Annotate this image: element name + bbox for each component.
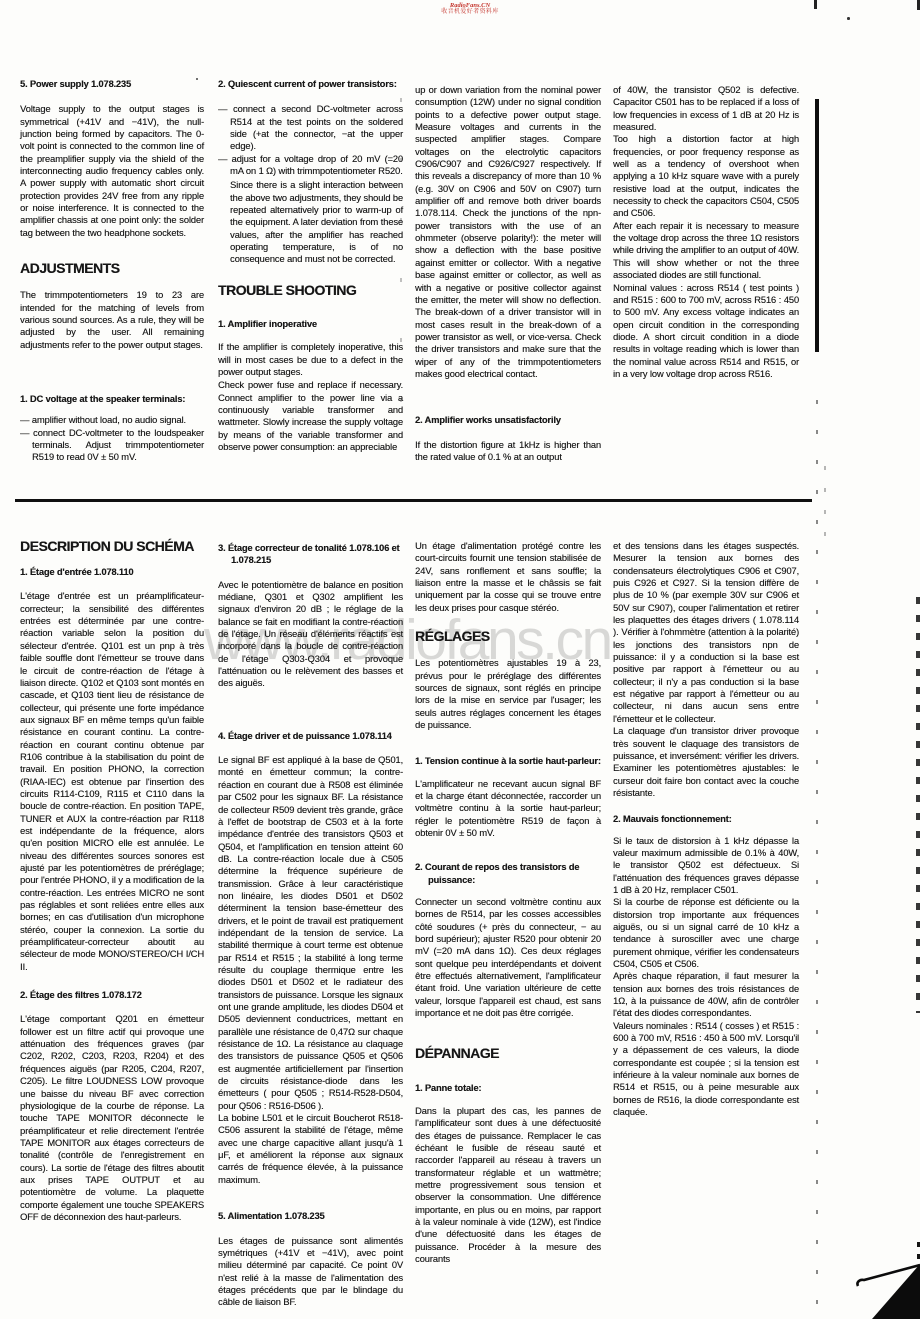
paragraph: The trimmpotentiometers 19 to 23 are int… [20, 289, 204, 351]
french-column-2: 3. Étage correcteur de tonalité 1.078.10… [218, 538, 403, 1309]
sub-heading: 1. Étage d'entrée 1.078.110 [20, 566, 204, 578]
paragraph: If the distortion figure at 1kHz is high… [415, 439, 601, 464]
sub-heading: 3. Étage correcteur de tonalité 1.078.10… [218, 542, 403, 567]
list-item: — amplifier without load, no audio signa… [20, 414, 204, 426]
scan-artifact-vertical-bar [815, 99, 819, 352]
sub-heading: 1. Tension continue à la sortie haut-par… [415, 755, 601, 767]
sub-heading: 5. Alimentation 1.078.235 [218, 1210, 403, 1222]
scan-artifact-tick [814, 0, 817, 9]
section-heading: TROUBLE SHOOTING [218, 282, 403, 298]
paragraph: If the amplifier is completely inoperati… [218, 341, 403, 378]
section-heading: RÉGLAGES [415, 628, 601, 644]
paragraph: Si la courbe de réponse est déficiente o… [613, 896, 799, 970]
paragraph: Nominal values : across R514 ( test poin… [613, 282, 799, 381]
paragraph: L'étage d'entrée est un préamplificateur… [20, 590, 204, 973]
section-heading: DESCRIPTION DU SCHÉMA [20, 538, 204, 554]
scan-artifact-faint-dashes [400, 98, 402, 443]
paragraph: After each repair it is necessary to mea… [613, 220, 799, 282]
corner-fold-triangle [848, 1258, 920, 1319]
scan-artifact-dash-column [816, 400, 818, 1305]
paragraph: Check power fuse and replace if necessar… [218, 379, 403, 453]
paragraph: Si le taux de distorsion à 1 kHz dépasse… [613, 835, 799, 897]
list-item: — connect a second DC-voltmeter across R… [218, 103, 403, 152]
paragraph: of 40W, the transistor Q502 is defective… [613, 84, 799, 133]
paragraph: Les étages de puissance sont alimentés s… [218, 1235, 403, 1309]
sub-heading: 2. Quiescent current of power transistor… [218, 78, 403, 90]
paragraph: Un étage d'alimentation protégé contre l… [415, 540, 601, 614]
paragraph: L'amplificateur ne recevant aucun signal… [415, 778, 601, 840]
scan-artifact-edge-dashes [916, 597, 920, 1013]
paragraph: Voltage supply to the output stages is s… [20, 103, 204, 239]
section-heading: DÉPANNAGE [415, 1045, 601, 1061]
sub-heading: 5. Power supply 1.078.235 [20, 78, 204, 90]
sub-heading: 1. Amplifier inoperative [218, 318, 403, 330]
scan-artifact-dot [847, 17, 850, 20]
french-column-1: DESCRIPTION DU SCHÉMA1. Étage d'entrée 1… [20, 538, 204, 1223]
sub-heading: 2. Courant de repos des transistors de p… [415, 861, 601, 886]
english-column-4: of 40W, the transistor Q502 is defective… [613, 78, 799, 380]
paragraph: Le signal BF est appliqué à la base de Q… [218, 754, 403, 1112]
paragraph: et des tensions dans les étages suspecté… [613, 540, 799, 725]
scan-artifact-faint-dashes [824, 466, 826, 550]
paragraph: Dans la plupart des cas, les pannes de l… [415, 1105, 601, 1265]
sub-heading: 1. Panne totale: [415, 1082, 601, 1094]
sub-heading: 2. Étage des filtres 1.078.172 [20, 989, 204, 1001]
paragraph: Les potentiomètres ajustables 19 à 23, p… [415, 657, 601, 731]
sub-heading: 2. Amplifier works unsatisfactorily [415, 414, 601, 426]
scan-artifact-tick [917, 0, 920, 10]
paragraph: Connecter un second voltmètre continu au… [415, 896, 601, 1019]
paragraph: Avec le potentiomètre de balance en posi… [218, 579, 403, 690]
paragraph: Too high a distortion factor at high fre… [613, 133, 799, 219]
paragraph: Valeurs nominales : R514 ( cosses ) et R… [613, 1020, 799, 1119]
french-column-3: Un étage d'alimentation protégé contre l… [415, 538, 601, 1265]
manual-page: www.radiofans.cn RadioFans.CN 收音机爱好者资料库 … [0, 0, 920, 1319]
scan-artifact-dot [196, 78, 198, 80]
list-item: — connect DC-voltmeter to the loudspeake… [20, 427, 204, 464]
english-column-2: 2. Quiescent current of power transistor… [218, 78, 403, 453]
corner-watermark-line2: 收音机爱好者资料库 [428, 9, 512, 16]
paragraph: Après chaque réparation, il faut mesurer… [613, 970, 799, 1019]
corner-watermark: RadioFans.CN 收音机爱好者资料库 [428, 2, 512, 16]
paragraph: La bobine L501 et le circuit Boucherot R… [218, 1112, 403, 1186]
sub-heading: 4. Étage driver et de puissance 1.078.11… [218, 730, 403, 742]
english-column-1: 5. Power supply 1.078.235Voltage supply … [20, 78, 204, 464]
english-column-3: up or down variation from the nominal po… [415, 78, 601, 463]
section-divider [15, 499, 812, 502]
section-heading: ADJUSTMENTS [20, 260, 204, 276]
french-column-4: et des tensions dans les étages suspecté… [613, 538, 799, 1118]
paragraph: up or down variation from the nominal po… [415, 84, 601, 380]
sub-heading: 1. DC voltage at the speaker terminals: [20, 393, 204, 405]
paragraph: Since there is a slight interaction betw… [218, 179, 403, 265]
sub-heading: 2. Mauvais fonctionnement: [613, 813, 799, 825]
list-item: — adjust for a voltage drop of 20 mV (=2… [218, 153, 403, 178]
paragraph: L'étage comportant Q201 en émetteur foll… [20, 1013, 204, 1223]
corner-watermark-line1: RadioFans.CN [428, 2, 512, 9]
paragraph: La claquage d'un transistor driver provo… [613, 725, 799, 799]
